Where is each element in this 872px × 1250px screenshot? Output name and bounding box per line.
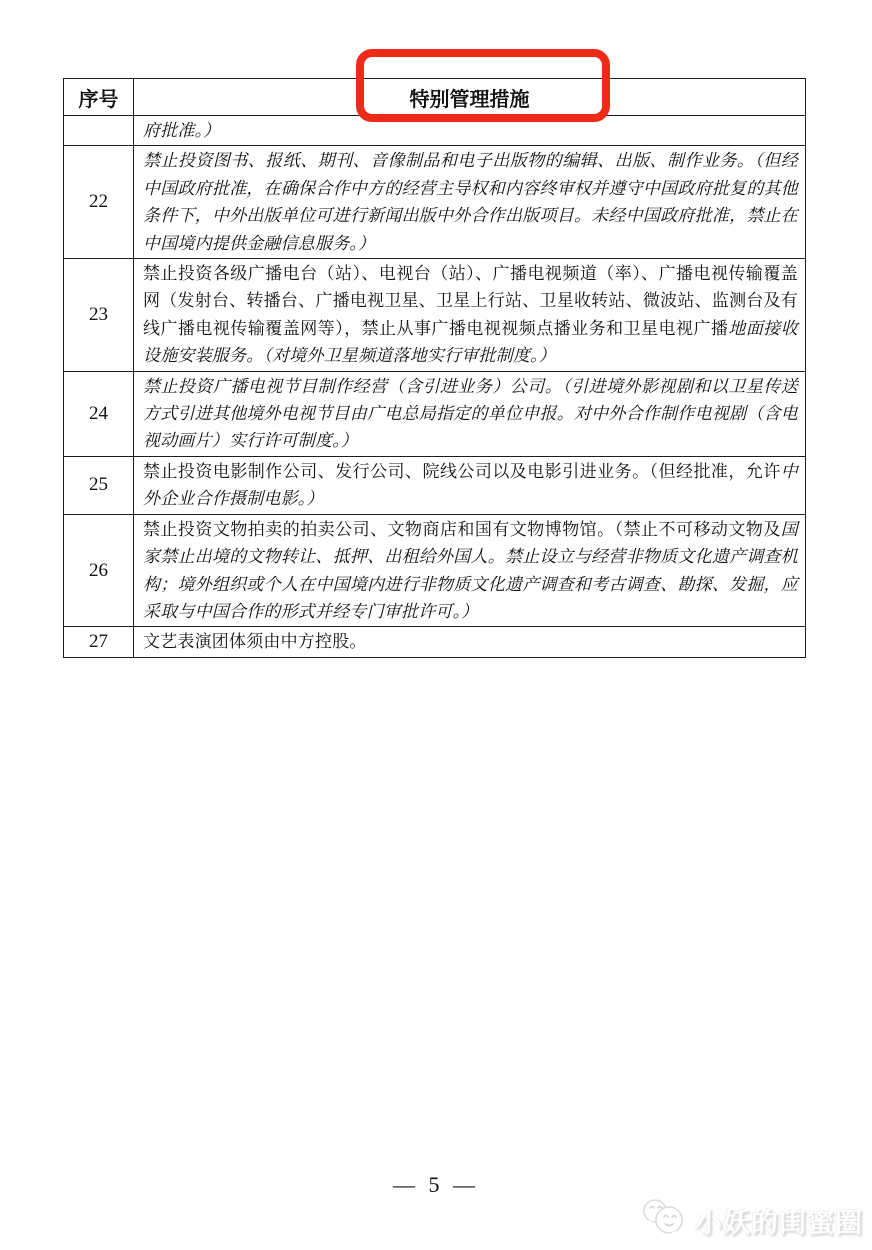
watermark: 小妖的闺蜜圈 (638, 1196, 863, 1244)
row-number (64, 116, 134, 146)
row-number: 25 (64, 456, 134, 514)
table-row-25: 25 禁止投资电影制作公司、发行公司、院线公司以及电影引进业务。（但经批准，允许… (64, 456, 806, 514)
table-row-26: 26 禁止投资文物拍卖的拍卖公司、文物商店和国有文物博物馆。（禁止不可移动文物及… (64, 514, 806, 627)
row-text-segment: 文艺表演团体须由中方控股。 (143, 632, 367, 651)
row-text-segment: 禁止投资各级广播电台（站）、电视台（站）、广播电视频道（率）、广播电视传输覆盖网… (143, 264, 798, 338)
row-text: 禁止投资电影制作公司、发行公司、院线公司以及电影引进业务。（但经批准，允许中外企… (134, 456, 806, 514)
row-text-segment: 禁止投资广播电视节目制作经营（含引进业务）公司。（引进境外影视剧和以卫星传送方式… (143, 377, 798, 451)
header-special-measures: 特别管理措施 (134, 79, 806, 116)
row-text-segment: 禁止投资电影制作公司、发行公司、院线公司以及电影引进业务。（但经批准，允许 (143, 462, 781, 481)
row-text: 文艺表演团体须由中方控股。 (134, 627, 806, 657)
table-row-27: 27 文艺表演团体须由中方控股。 (64, 627, 806, 657)
row-text: 禁止投资图书、报纸、期刊、音像制品和电子出版物的编辑、出版、制作业务。（但经中国… (134, 146, 806, 259)
row-number: 24 (64, 371, 134, 456)
table-row-continuation: 府批准。） (64, 116, 806, 146)
document-page: 序号 特别管理措施 府批准。） 22 禁止投资图书、报纸、期刊、音像制品和电子出… (0, 0, 872, 1250)
row-number: 22 (64, 146, 134, 259)
row-number: 26 (64, 514, 134, 627)
row-number: 27 (64, 627, 134, 657)
special-measures-table: 序号 特别管理措施 府批准。） 22 禁止投资图书、报纸、期刊、音像制品和电子出… (63, 78, 806, 658)
page-number: — 5 — (0, 1172, 872, 1198)
header-serial-number: 序号 (64, 79, 134, 116)
chat-bubble-smiley-icon (638, 1196, 690, 1244)
row-text: 禁止投资文物拍卖的拍卖公司、文物商店和国有文物博物馆。（禁止不可移动文物及国家禁… (134, 514, 806, 627)
row-text: 禁止投资各级广播电台（站）、电视台（站）、广播电视频道（率）、广播电视传输覆盖网… (134, 259, 806, 372)
row-text-segment: 禁止投资文物拍卖的拍卖公司、文物商店和国有文物博物馆。（禁止不可移动文物及 (143, 520, 781, 539)
watermark-text: 小妖的闺蜜圈 (695, 1201, 863, 1240)
row-text-segment: 府批准。） (143, 121, 221, 140)
table-row-24: 24 禁止投资广播电视节目制作经营（含引进业务）公司。（引进境外影视剧和以卫星传… (64, 371, 806, 456)
row-text-segment: 禁止投资图书、报纸、期刊、音像制品和电子出版物的编辑、出版、制作业务。（但经中国… (143, 151, 798, 252)
row-text: 府批准。） (134, 116, 806, 146)
table-row-23: 23 禁止投资各级广播电台（站）、电视台（站）、广播电视频道（率）、广播电视传输… (64, 259, 806, 372)
row-text: 禁止投资广播电视节目制作经营（含引进业务）公司。（引进境外影视剧和以卫星传送方式… (134, 371, 806, 456)
row-number: 23 (64, 259, 134, 372)
table-header-row: 序号 特别管理措施 (64, 79, 806, 116)
table-row-22: 22 禁止投资图书、报纸、期刊、音像制品和电子出版物的编辑、出版、制作业务。（但… (64, 146, 806, 259)
